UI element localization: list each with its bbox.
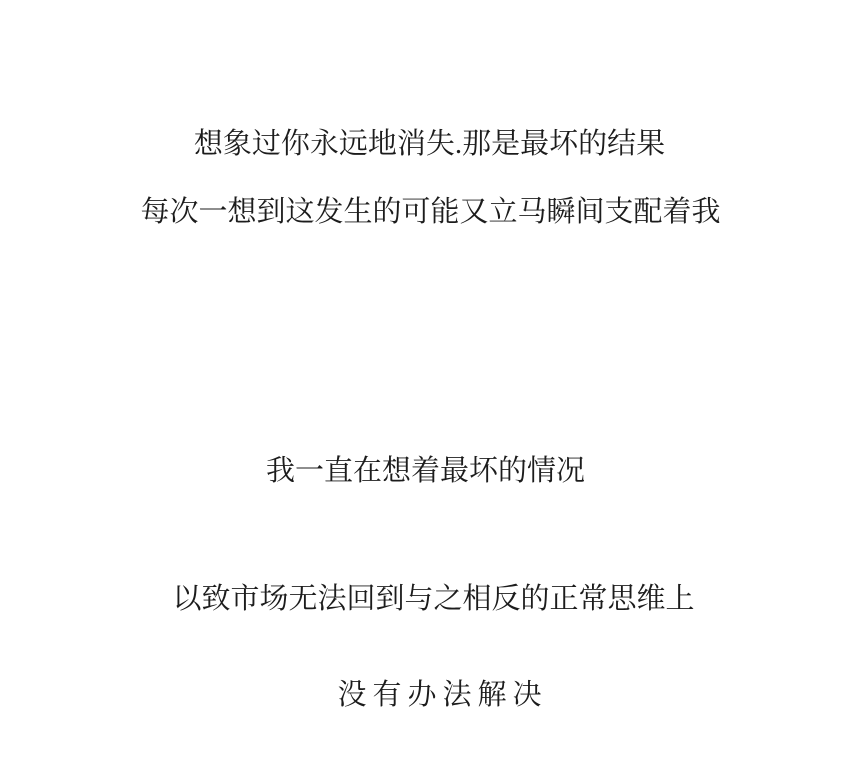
text-page: 想象过你永远地消失.那是最坏的结果 每次一想到这发生的可能又立马瞬间支配着我 我… — [0, 0, 849, 774]
text-line-5: 没有办法解决 — [18, 680, 849, 712]
text-line-2: 每次一想到这发生的可能又立马瞬间支配着我 — [6, 197, 849, 229]
text-line-4: 以致市场无法回到与之相反的正常思维上 — [9, 584, 849, 616]
text-line-1: 想象过你永远地消失.那是最坏的结果 — [5, 129, 849, 161]
text-line-3: 我一直在想着最坏的情况 — [1, 456, 849, 488]
